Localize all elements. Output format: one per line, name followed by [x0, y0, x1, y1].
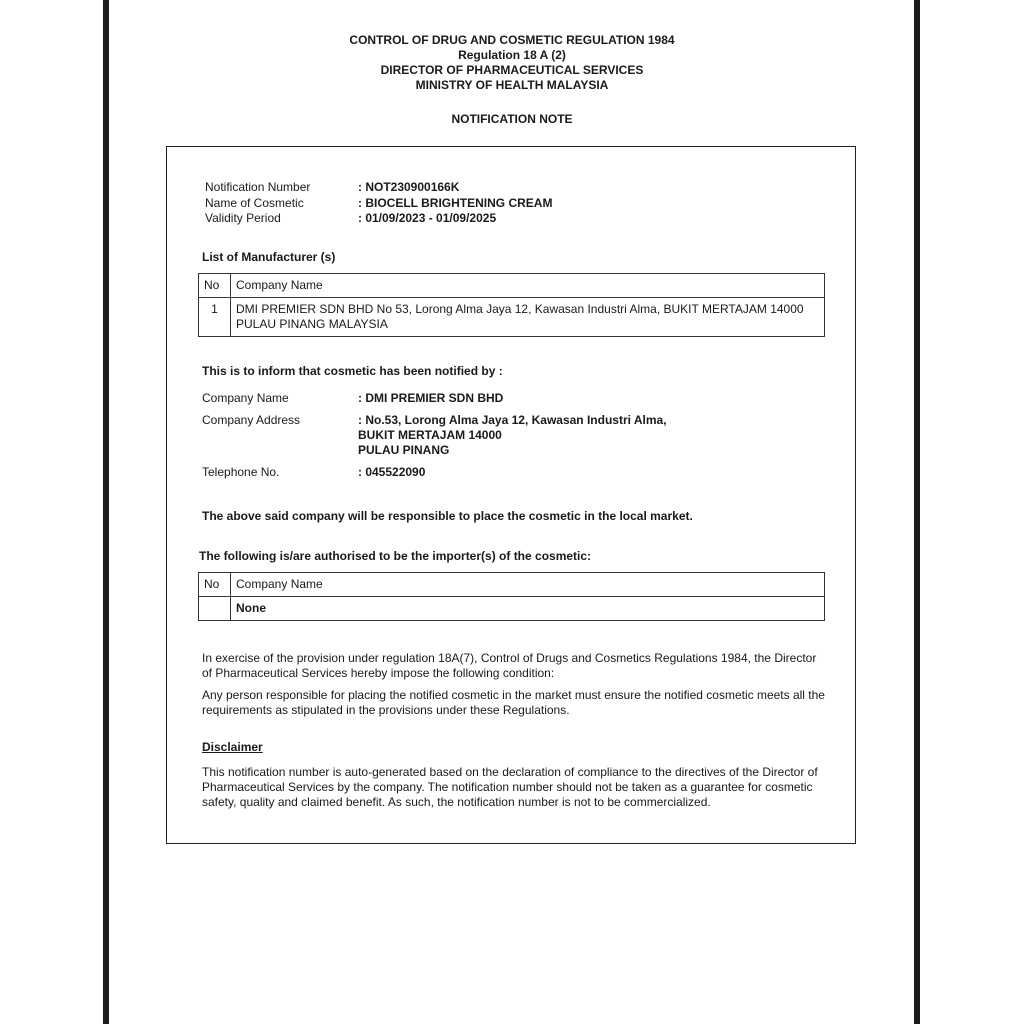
row-number: [199, 597, 231, 621]
cosmetic-name-row: Name of Cosmetic : BIOCELL BRIGHTENING C…: [205, 196, 552, 212]
company-name-row: Company Name : DMI PREMIER SDN BHD: [202, 391, 667, 406]
table-row: None: [199, 597, 825, 621]
table-row: 1 DMI PREMIER SDN BHD No 53, Lorong Alma…: [199, 298, 825, 337]
regulation-number: Regulation 18 A (2): [0, 48, 1024, 63]
manufacturer-name: DMI PREMIER SDN BHD No 53, Lorong Alma J…: [231, 298, 825, 337]
telephone-value: : 045522090: [358, 465, 425, 480]
document-header: CONTROL OF DRUG AND COSMETIC REGULATION …: [0, 33, 1024, 127]
company-name-label: Company Name: [202, 391, 358, 406]
company-address-row: Company Address : No.53, Lorong Alma Jay…: [202, 413, 667, 458]
condition-paragraph-1: In exercise of the provision under regul…: [202, 651, 827, 681]
table-header-row: No Company Name: [199, 274, 825, 298]
column-header-company: Company Name: [231, 274, 825, 298]
notifier-heading: This is to inform that cosmetic has been…: [202, 364, 503, 379]
notifier-details: Company Name : DMI PREMIER SDN BHD Compa…: [202, 391, 667, 487]
disclaimer-heading: Disclaimer: [202, 740, 263, 755]
manufacturers-table: No Company Name 1 DMI PREMIER SDN BHD No…: [198, 273, 825, 337]
notification-details: Notification Number : NOT230900166K Name…: [205, 180, 552, 227]
validity-label: Validity Period: [205, 211, 358, 227]
condition-paragraph-2: Any person responsible for placing the n…: [202, 688, 827, 718]
importers-table: No Company Name None: [198, 572, 825, 621]
column-header-no: No: [199, 274, 231, 298]
importer-name: None: [231, 597, 825, 621]
page-edge-right: [914, 0, 920, 1024]
column-header-company: Company Name: [231, 573, 825, 597]
notification-number-row: Notification Number : NOT230900166K: [205, 180, 552, 196]
disclaimer-text: This notification number is auto-generat…: [202, 765, 827, 810]
notification-number-label: Notification Number: [205, 180, 358, 196]
page-edge-left: [103, 0, 109, 1024]
row-number: 1: [199, 298, 231, 337]
telephone-row: Telephone No. : 045522090: [202, 465, 667, 480]
validity-row: Validity Period : 01/09/2023 - 01/09/202…: [205, 211, 552, 227]
column-header-no: No: [199, 573, 231, 597]
regulation-title: CONTROL OF DRUG AND COSMETIC REGULATION …: [0, 33, 1024, 48]
telephone-label: Telephone No.: [202, 465, 358, 480]
authority-title: DIRECTOR OF PHARMACEUTICAL SERVICES: [0, 63, 1024, 78]
cosmetic-name-label: Name of Cosmetic: [205, 196, 358, 212]
company-address-label: Company Address: [202, 413, 358, 458]
validity-value: : 01/09/2023 - 01/09/2025: [358, 211, 496, 227]
ministry-title: MINISTRY OF HEALTH MALAYSIA: [0, 78, 1024, 93]
manufacturers-heading: List of Manufacturer (s): [202, 250, 335, 265]
company-name-value: : DMI PREMIER SDN BHD: [358, 391, 503, 406]
cosmetic-name-value: : BIOCELL BRIGHTENING CREAM: [358, 196, 552, 212]
document-title: NOTIFICATION NOTE: [0, 112, 1024, 127]
notification-number-value: : NOT230900166K: [358, 180, 459, 196]
company-address-value: : No.53, Lorong Alma Jaya 12, Kawasan In…: [358, 413, 667, 458]
responsibility-statement: The above said company will be responsib…: [202, 509, 693, 524]
importers-heading: The following is/are authorised to be th…: [199, 549, 591, 564]
table-header-row: No Company Name: [199, 573, 825, 597]
